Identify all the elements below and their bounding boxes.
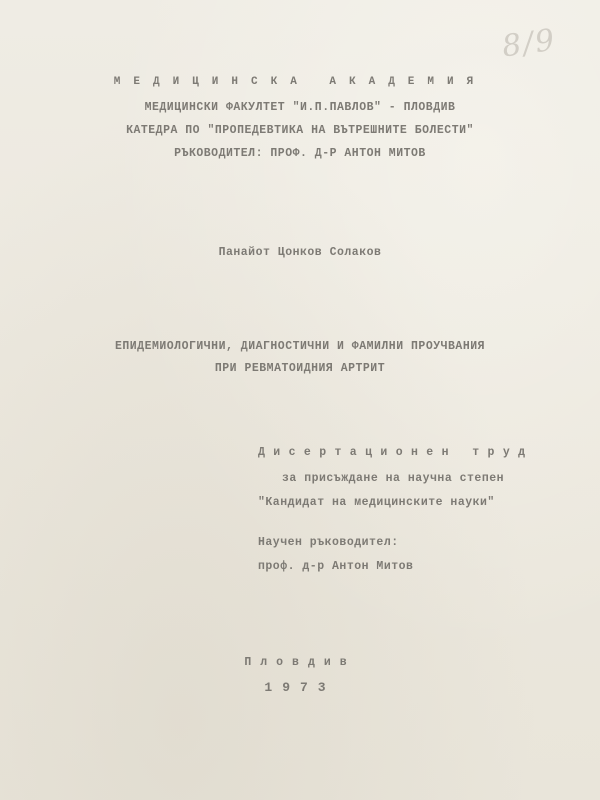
author-name: Панайот Цонков Солаков [0,246,600,259]
supervisor-name: проф. д-р Антон Митов [258,560,413,573]
title-line-1: ЕПИДЕМИОЛОГИЧНИ, ДИАГНОСТИЧНИ И ФАМИЛНИ … [0,340,600,353]
handwritten-page-mark: 8/9 [500,22,559,64]
document-page: 8/9 МЕДИЦИНСКА АКАДЕМИЯ МЕДИЦИНСКИ ФАКУЛ… [0,0,600,800]
academy-name: МЕДИЦИНСКА АКАДЕМИЯ [0,76,600,88]
year: 1973 [0,680,600,695]
department-name: КАТЕДРА ПО "ПРОПЕДЕВТИКА НА ВЪТРЕШНИТЕ Б… [0,124,600,137]
faculty-name: МЕДИЦИНСКИ ФАКУЛТЕТ "И.П.ПАВЛОВ" - ПЛОВД… [0,101,600,114]
dissertation-degree: "Кандидат на медицинските науки" [258,496,495,509]
supervisor-label: Научен ръководител: [258,536,399,549]
dissertation-purpose: за присъждане на научна степен [282,472,504,485]
department-head: РЪКОВОДИТЕЛ: ПРОФ. Д-Р АНТОН МИТОВ [0,147,600,160]
dissertation-type: Дисертационен труд [258,446,533,459]
title-line-2: ПРИ РЕВМАТОИДНИЯ АРТРИТ [0,362,600,375]
city: Пловдив [0,656,600,669]
